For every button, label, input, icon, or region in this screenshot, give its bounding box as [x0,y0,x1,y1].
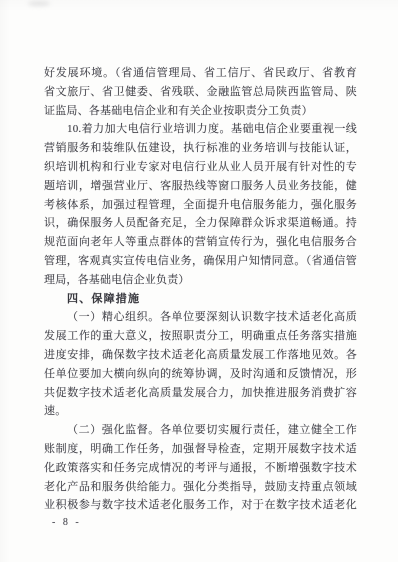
line-text: 理局，各基础电信企业负责） [44,274,190,286]
document-body: 好发展环境。（省通信管理局、省工信厅、省民政厅、省教育厅、省文旅厅、省卫健委、省… [44,64,357,515]
line-text: 业积极参与数字技术适老化服务工作，对于在数字技术适老化工 [44,499,357,515]
text-line: 账制度，明确工作任务，加强督导检查，定期开展数字技术适老 [44,440,357,459]
line-text: 识，确保服务人员配备充足，全力保障群众诉求渠道畅通。持续 [44,217,357,233]
line-text: 老化产品和服务供给能力。强化分类指导，鼓励支持重点领域企 [44,481,357,497]
text-line: 进度安排，确保数字技术适老化高质量发展工作落地见效。各责 [44,346,357,365]
line-text: 发展工作的重大意义，按照职责分工，明确重点任务落实措施和 [44,330,357,346]
line-text: 化政策落实和任务完成情况的考评与通报，不断增强数字技术适 [44,462,357,478]
text-line: 织培训机构和行业专家对电信行业从业人员开展有针对性的专 [44,158,357,177]
text-line: 营销服务和装维队伍建设，执行标准的业务培训与技能认证，组 [44,139,357,158]
text-line: 证监局、各基础电信企业和有关企业按职责分工负责） [44,102,357,121]
line-text: 进度安排，确保数字技术适老化高质量发展工作落地见效。各责 [44,349,357,365]
paragraph-lead: 10.着力加大电信行业培训力度。 [67,123,231,135]
text-line: 化政策落实和任务完成情况的考评与通报，不断增强数字技术适 [44,459,357,478]
text-line: 题培训，增强营业厅、客服热线等窗口服务人员业务技能，健全 [44,177,357,196]
line-text: 任单位要加大横向纵向的统筹协调，及时沟通和反馈情况，形成 [44,368,357,384]
paragraph-lead: （一）精心组织。 [67,311,160,323]
line-text: 考核体系，加强过程管理，全面提升电信服务能力，强化服务意 [44,199,357,215]
line-text: 题培训，增强营业厅、客服热线等窗口服务人员业务技能，健全 [44,180,357,196]
line-text: 管理，客观真实宣传电信业务，确保用户知情同意。（省通信管 [44,255,357,267]
line-text: 织培训机构和行业专家对电信行业从业人员开展有针对性的专 [44,161,357,173]
text-line: 识，确保服务人员配备充足，全力保障群众诉求渠道畅通。持续 [44,214,357,233]
text-line: 任单位要加大横向纵向的统筹协调，及时沟通和反馈情况，形成 [44,365,357,384]
line-text: 四、保障措施 [67,293,140,305]
page-number: - 8 - [52,516,81,530]
line-text: 账制度，明确工作任务，加强督导检查，定期开展数字技术适老 [44,443,357,459]
text-line: （二）强化监督。各单位要切实履行责任，建立健全工作台 [44,421,357,440]
text-line: 发展工作的重大意义，按照职责分工，明确重点任务落实措施和 [44,327,357,346]
text-line: （一）精心组织。各单位要深刻认识数字技术适老化高质量 [44,308,357,327]
line-text: 证监局、各基础电信企业和有关企业按职责分工负责） [44,105,313,117]
line-text: 基础电信企业要重视一线 [231,123,357,135]
text-line: 管理，客观真实宣传电信业务，确保用户知情同意。（省通信管 [44,252,357,271]
text-line: 规范面向老年人等重点群体的营销宣传行为，强化电信服务合规 [44,233,357,252]
text-line: 考核体系，加强过程管理，全面提升电信服务能力，强化服务意 [44,196,357,215]
document-page: 好发展环境。（省通信管理局、省工信厅、省民政厅、省教育厅、省文旅厅、省卫健委、省… [0,0,398,562]
text-line: 业积极参与数字技术适老化服务工作，对于在数字技术适老化工 [44,496,357,515]
line-text: 营销服务和装维队伍建设，执行标准的业务培训与技能认证，组 [44,142,357,158]
text-line: 省文旅厅、省卫健委、省残联、金融监管总局陕西监管局、陕西 [44,83,357,102]
line-text: 规范面向老年人等重点群体的营销宣传行为，强化电信服务合规 [44,236,357,252]
paragraph-lead: （二）强化监督。 [67,424,160,436]
line-text: 省文旅厅、省卫健委、省残联、金融监管总局陕西监管局、陕西 [44,86,357,102]
text-line: 速。 [44,402,357,421]
section-heading: 四、保障措施 [44,290,357,309]
text-line: 10.着力加大电信行业培训力度。基础电信企业要重视一线 [44,120,357,139]
line-text: 共促数字技术适老化高质量发展合力，加快推进服务消费扩容提 [44,387,357,403]
text-line: 老化产品和服务供给能力。强化分类指导，鼓励支持重点领域企 [44,478,357,497]
text-line: 理局，各基础电信企业负责） [44,271,357,290]
line-text: 速。 [44,405,66,417]
scan-artifact [28,1,50,6]
line-text: 好发展环境。（省通信管理局、省工信厅、省民政厅、省教育厅、 [44,67,357,83]
text-line: 共促数字技术适老化高质量发展合力，加快推进服务消费扩容提 [44,384,357,403]
text-line: 好发展环境。（省通信管理局、省工信厅、省民政厅、省教育厅、 [44,64,357,83]
